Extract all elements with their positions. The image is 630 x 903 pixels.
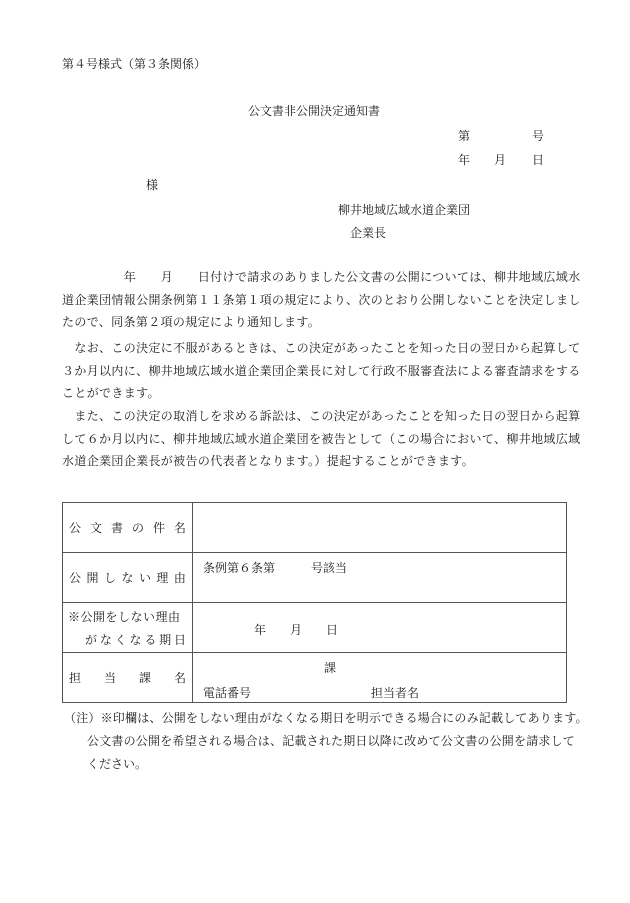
- document-title: 公文書非公開決定通知書: [248, 104, 380, 118]
- label-document-name: 公 文 書 の 件 名: [63, 503, 193, 553]
- paragraph-line: たので、同条第２項の規定により通知します。: [62, 311, 572, 334]
- label-char: の: [132, 519, 144, 536]
- label-char: く: [115, 631, 127, 648]
- decision-table: 公 文 書 の 件 名 公 開 し な い 理 由 条例第６条第 号該当: [62, 502, 567, 703]
- label-char: 当: [104, 669, 116, 686]
- label-section: 担 当 課 名: [63, 653, 193, 703]
- label-char: 期: [159, 631, 171, 648]
- reason-text: 条例第６条第 号該当: [203, 559, 347, 576]
- date-year: 年: [458, 153, 470, 167]
- expiry-month: 月: [290, 621, 302, 638]
- expiry-day: 日: [326, 621, 338, 638]
- phone-label: 電話番号: [203, 684, 251, 701]
- label-char: し: [104, 569, 116, 586]
- paragraph-line: また、この決定の取消しを求める訴訟は、この決定があったことを知った日の翌日から起…: [62, 405, 572, 428]
- label-char: な: [129, 631, 141, 648]
- person-label: 担当者名: [371, 684, 419, 701]
- addressee-suffix: 様: [146, 178, 158, 192]
- expiry-year: 年: [254, 621, 266, 638]
- paragraph-line: ことができます。: [62, 382, 572, 405]
- doc-number-prefix: 第: [458, 129, 470, 143]
- label-char: 件: [153, 519, 165, 536]
- label-char: 日: [174, 631, 186, 648]
- section-suffix: 課: [324, 659, 336, 676]
- label-char: な: [100, 631, 112, 648]
- label-char: が: [85, 631, 97, 648]
- label-reason: 公 開 し な い 理 由: [63, 553, 193, 603]
- label-char: 公: [69, 569, 81, 586]
- paragraph-line: 水道企業団企業長が被告の代表者となります。）提起することができます。: [62, 450, 572, 473]
- label-char: 由: [174, 569, 186, 586]
- form-number: 第４号様式（第３条関係）: [62, 57, 206, 71]
- paragraph-notice: 年 月 日付けで請求のありました公文書の公開については、柳井地域広域水 道企業団…: [62, 266, 572, 334]
- paragraph-lawsuit: また、この決定の取消しを求める訴訟は、この決定があったことを知った日の翌日から起…: [62, 405, 572, 473]
- label-char: 文: [90, 519, 102, 536]
- label-char: い: [139, 569, 151, 586]
- label-char: る: [144, 631, 156, 648]
- paragraph-line: 道企業団情報公開条例第１１条第１項の規定により、次のとおり公開しないことを決定し…: [62, 289, 572, 312]
- note-line-3: ください。: [87, 757, 147, 771]
- note-line-1: （注）※印欄は、公開をしない理由がなくなる期日を明示できる場合にのみ記載してあり…: [64, 711, 588, 725]
- value-section: 課 電話番号 担当者名: [193, 653, 567, 703]
- paragraph-line: 年 月 日付けで請求のありました公文書の公開については、柳井地域広域水: [62, 266, 572, 289]
- issuer-org: 柳井地域広域水道企業団: [338, 203, 470, 217]
- value-expiry-date: 年 月 日: [193, 603, 567, 653]
- label-char: 開: [86, 569, 98, 586]
- label-char: 名: [174, 669, 186, 686]
- issuer-title: 企業長: [350, 226, 386, 240]
- date-day: 日: [532, 153, 544, 167]
- paragraph-line: なお、この決定に不服があるときは、この決定があったことを知った日の翌日から起算し…: [62, 337, 572, 360]
- label-char: な: [121, 569, 133, 586]
- table-row-document-name: 公 文 書 の 件 名: [63, 503, 567, 553]
- label-char: 名: [174, 519, 186, 536]
- note-line-2: 公文書の公開を希望される場合は、記載された期日以降に改めて公文書の公開を請求して: [87, 734, 575, 748]
- table-row-section: 担 当 課 名 課 電話番号 担当者名: [63, 653, 567, 703]
- table-row-expiry: ※公開をしない理由 が な く な る 期 日 年 月 日: [63, 603, 567, 653]
- date-month: 月: [494, 153, 506, 167]
- table-row-reason: 公 開 し な い 理 由 条例第６条第 号該当: [63, 553, 567, 603]
- label-expiry: ※公開をしない理由 が な く な る 期 日: [63, 603, 193, 653]
- label-expiry-line1: ※公開をしない理由: [63, 608, 192, 625]
- paragraph-line: して６か月以内に、柳井地域広域水道企業団を被告として（この場合において、柳井地域…: [62, 428, 572, 451]
- label-char: 書: [111, 519, 123, 536]
- paragraph-appeal: なお、この決定に不服があるときは、この決定があったことを知った日の翌日から起算し…: [62, 337, 572, 405]
- paragraph-line: ３か月以内に、柳井地域広域水道企業団企業長に対して行政不服審査法による審査請求を…: [62, 360, 572, 383]
- label-char: 理: [156, 569, 168, 586]
- value-document-name: [193, 503, 567, 553]
- label-char: 公: [69, 519, 81, 536]
- value-reason: 条例第６条第 号該当: [193, 553, 567, 603]
- doc-number-suffix: 号: [532, 129, 544, 143]
- label-char: 課: [139, 669, 151, 686]
- label-char: 担: [69, 669, 81, 686]
